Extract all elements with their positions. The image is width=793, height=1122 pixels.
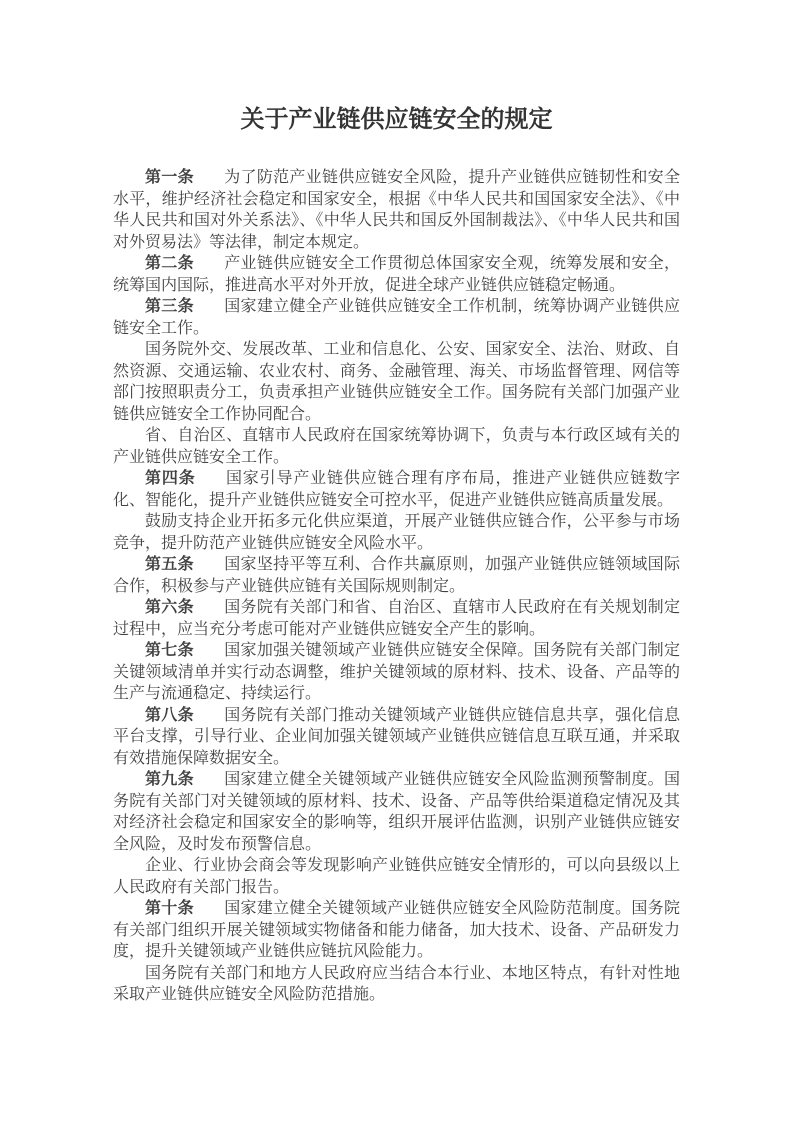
article-number: 第七条 xyxy=(145,642,194,659)
article-number: 第四条 xyxy=(145,470,196,487)
document-title: 关于产业链供应链安全的规定 xyxy=(113,104,680,137)
article-number: 第五条 xyxy=(145,556,194,573)
article-paragraph: 第五条国家坚持平等互利、合作共赢原则，加强产业链供应链领域国际合作，积极参与产业… xyxy=(113,554,680,597)
article-text: 国家建立健全产业链供应链安全工作机制，统筹协调产业链供应链安全工作。 xyxy=(113,298,680,337)
article-text: 国务院外交、发展改革、工业和信息化、公安、国家安全、法治、财政、自然资源、交通运… xyxy=(113,341,680,423)
article-text: 产业链供应链安全工作贯彻总体国家安全观，统筹发展和安全，统筹国内国际，推进高水平… xyxy=(113,255,680,294)
article-paragraph: 第六条国务院有关部门和省、自治区、直辖市人民政府在有关规划制定过程中，应当充分考… xyxy=(113,597,680,640)
article-text: 为了防范产业链供应链安全风险，提升产业链供应链韧性和安全水平，维护经济社会稳定和… xyxy=(113,169,680,251)
article-text: 国家建立健全关键领域产业链供应链安全风险监测预警制度。国务院有关部门对关键领域的… xyxy=(113,771,680,853)
article-text: 国务院有关部门推动关键领域产业链供应链信息共享，强化信息平台支撑，引导行业、企业… xyxy=(113,707,680,767)
article-paragraph: 第九条国家建立健全关键领域产业链供应链安全风险监测预警制度。国务院有关部门对关键… xyxy=(113,769,680,855)
article-paragraph: 第四条国家引导产业链供应链合理有序布局，推进产业链供应链数字化、智能化，提升产业… xyxy=(113,468,680,511)
article-paragraph: 国务院有关部门和地方人民政府应当结合本行业、本地区特点，有针对性地采取产业链供应… xyxy=(113,963,680,1006)
article-number: 第六条 xyxy=(145,599,194,616)
article-paragraph: 企业、行业协会商会等发现影响产业链供应链安全情形的，可以向县级以上人民政府有关部… xyxy=(113,855,680,898)
article-text: 鼓励支持企业开拓多元化供应渠道，开展产业链供应链合作，公平参与市场竞争，提升防范… xyxy=(113,513,680,552)
article-text: 国家引导产业链供应链合理有序布局，推进产业链供应链数字化、智能化，提升产业链供应… xyxy=(113,470,680,509)
article-number: 第三条 xyxy=(145,298,194,315)
article-text: 企业、行业协会商会等发现影响产业链供应链安全情形的，可以向县级以上人民政府有关部… xyxy=(113,857,680,896)
article-paragraph: 第三条国家建立健全产业链供应链安全工作机制，统筹协调产业链供应链安全工作。 xyxy=(113,296,680,339)
article-text: 国家坚持平等互利、合作共赢原则，加强产业链供应链领域国际合作，积极参与产业链供应… xyxy=(113,556,680,595)
article-text: 国家加强关键领域产业链供应链安全保障。国务院有关部门制定关键领域清单并实行动态调… xyxy=(113,642,680,702)
article-number: 第十条 xyxy=(145,900,194,917)
article-text: 省、自治区、直辖市人民政府在国家统筹协调下，负责与本行政区域有关的产业链供应链安… xyxy=(113,427,680,466)
document-body: 第一条为了防范产业链供应链安全风险，提升产业链供应链韧性和安全水平，维护经济社会… xyxy=(113,167,680,1006)
article-paragraph: 第七条国家加强关键领域产业链供应链安全保障。国务院有关部门制定关键领域清单并实行… xyxy=(113,640,680,705)
article-paragraph: 鼓励支持企业开拓多元化供应渠道，开展产业链供应链合作，公平参与市场竞争，提升防范… xyxy=(113,511,680,554)
article-paragraph: 第八条国务院有关部门推动关键领域产业链供应链信息共享，强化信息平台支撑，引导行业… xyxy=(113,705,680,770)
document-page: 关于产业链供应链安全的规定 第一条为了防范产业链供应链安全风险，提升产业链供应链… xyxy=(0,0,793,1122)
article-text: 国家建立健全关键领域产业链供应链安全风险防范制度。国务院有关部门组织开展关键领域… xyxy=(113,900,680,960)
article-paragraph: 国务院外交、发展改革、工业和信息化、公安、国家安全、法治、财政、自然资源、交通运… xyxy=(113,339,680,425)
article-paragraph: 第二条产业链供应链安全工作贯彻总体国家安全观，统筹发展和安全，统筹国内国际，推进… xyxy=(113,253,680,296)
article-number: 第二条 xyxy=(145,255,194,272)
article-number: 第九条 xyxy=(145,771,194,788)
article-text: 国务院有关部门和省、自治区、直辖市人民政府在有关规划制定过程中，应当充分考虑可能… xyxy=(113,599,680,638)
article-text: 国务院有关部门和地方人民政府应当结合本行业、本地区特点，有针对性地采取产业链供应… xyxy=(113,965,680,1004)
article-number: 第八条 xyxy=(145,707,194,724)
article-paragraph: 第一条为了防范产业链供应链安全风险，提升产业链供应链韧性和安全水平，维护经济社会… xyxy=(113,167,680,253)
article-paragraph: 省、自治区、直辖市人民政府在国家统筹协调下，负责与本行政区域有关的产业链供应链安… xyxy=(113,425,680,468)
article-number: 第一条 xyxy=(145,169,194,186)
article-paragraph: 第十条国家建立健全关键领域产业链供应链安全风险防范制度。国务院有关部门组织开展关… xyxy=(113,898,680,963)
